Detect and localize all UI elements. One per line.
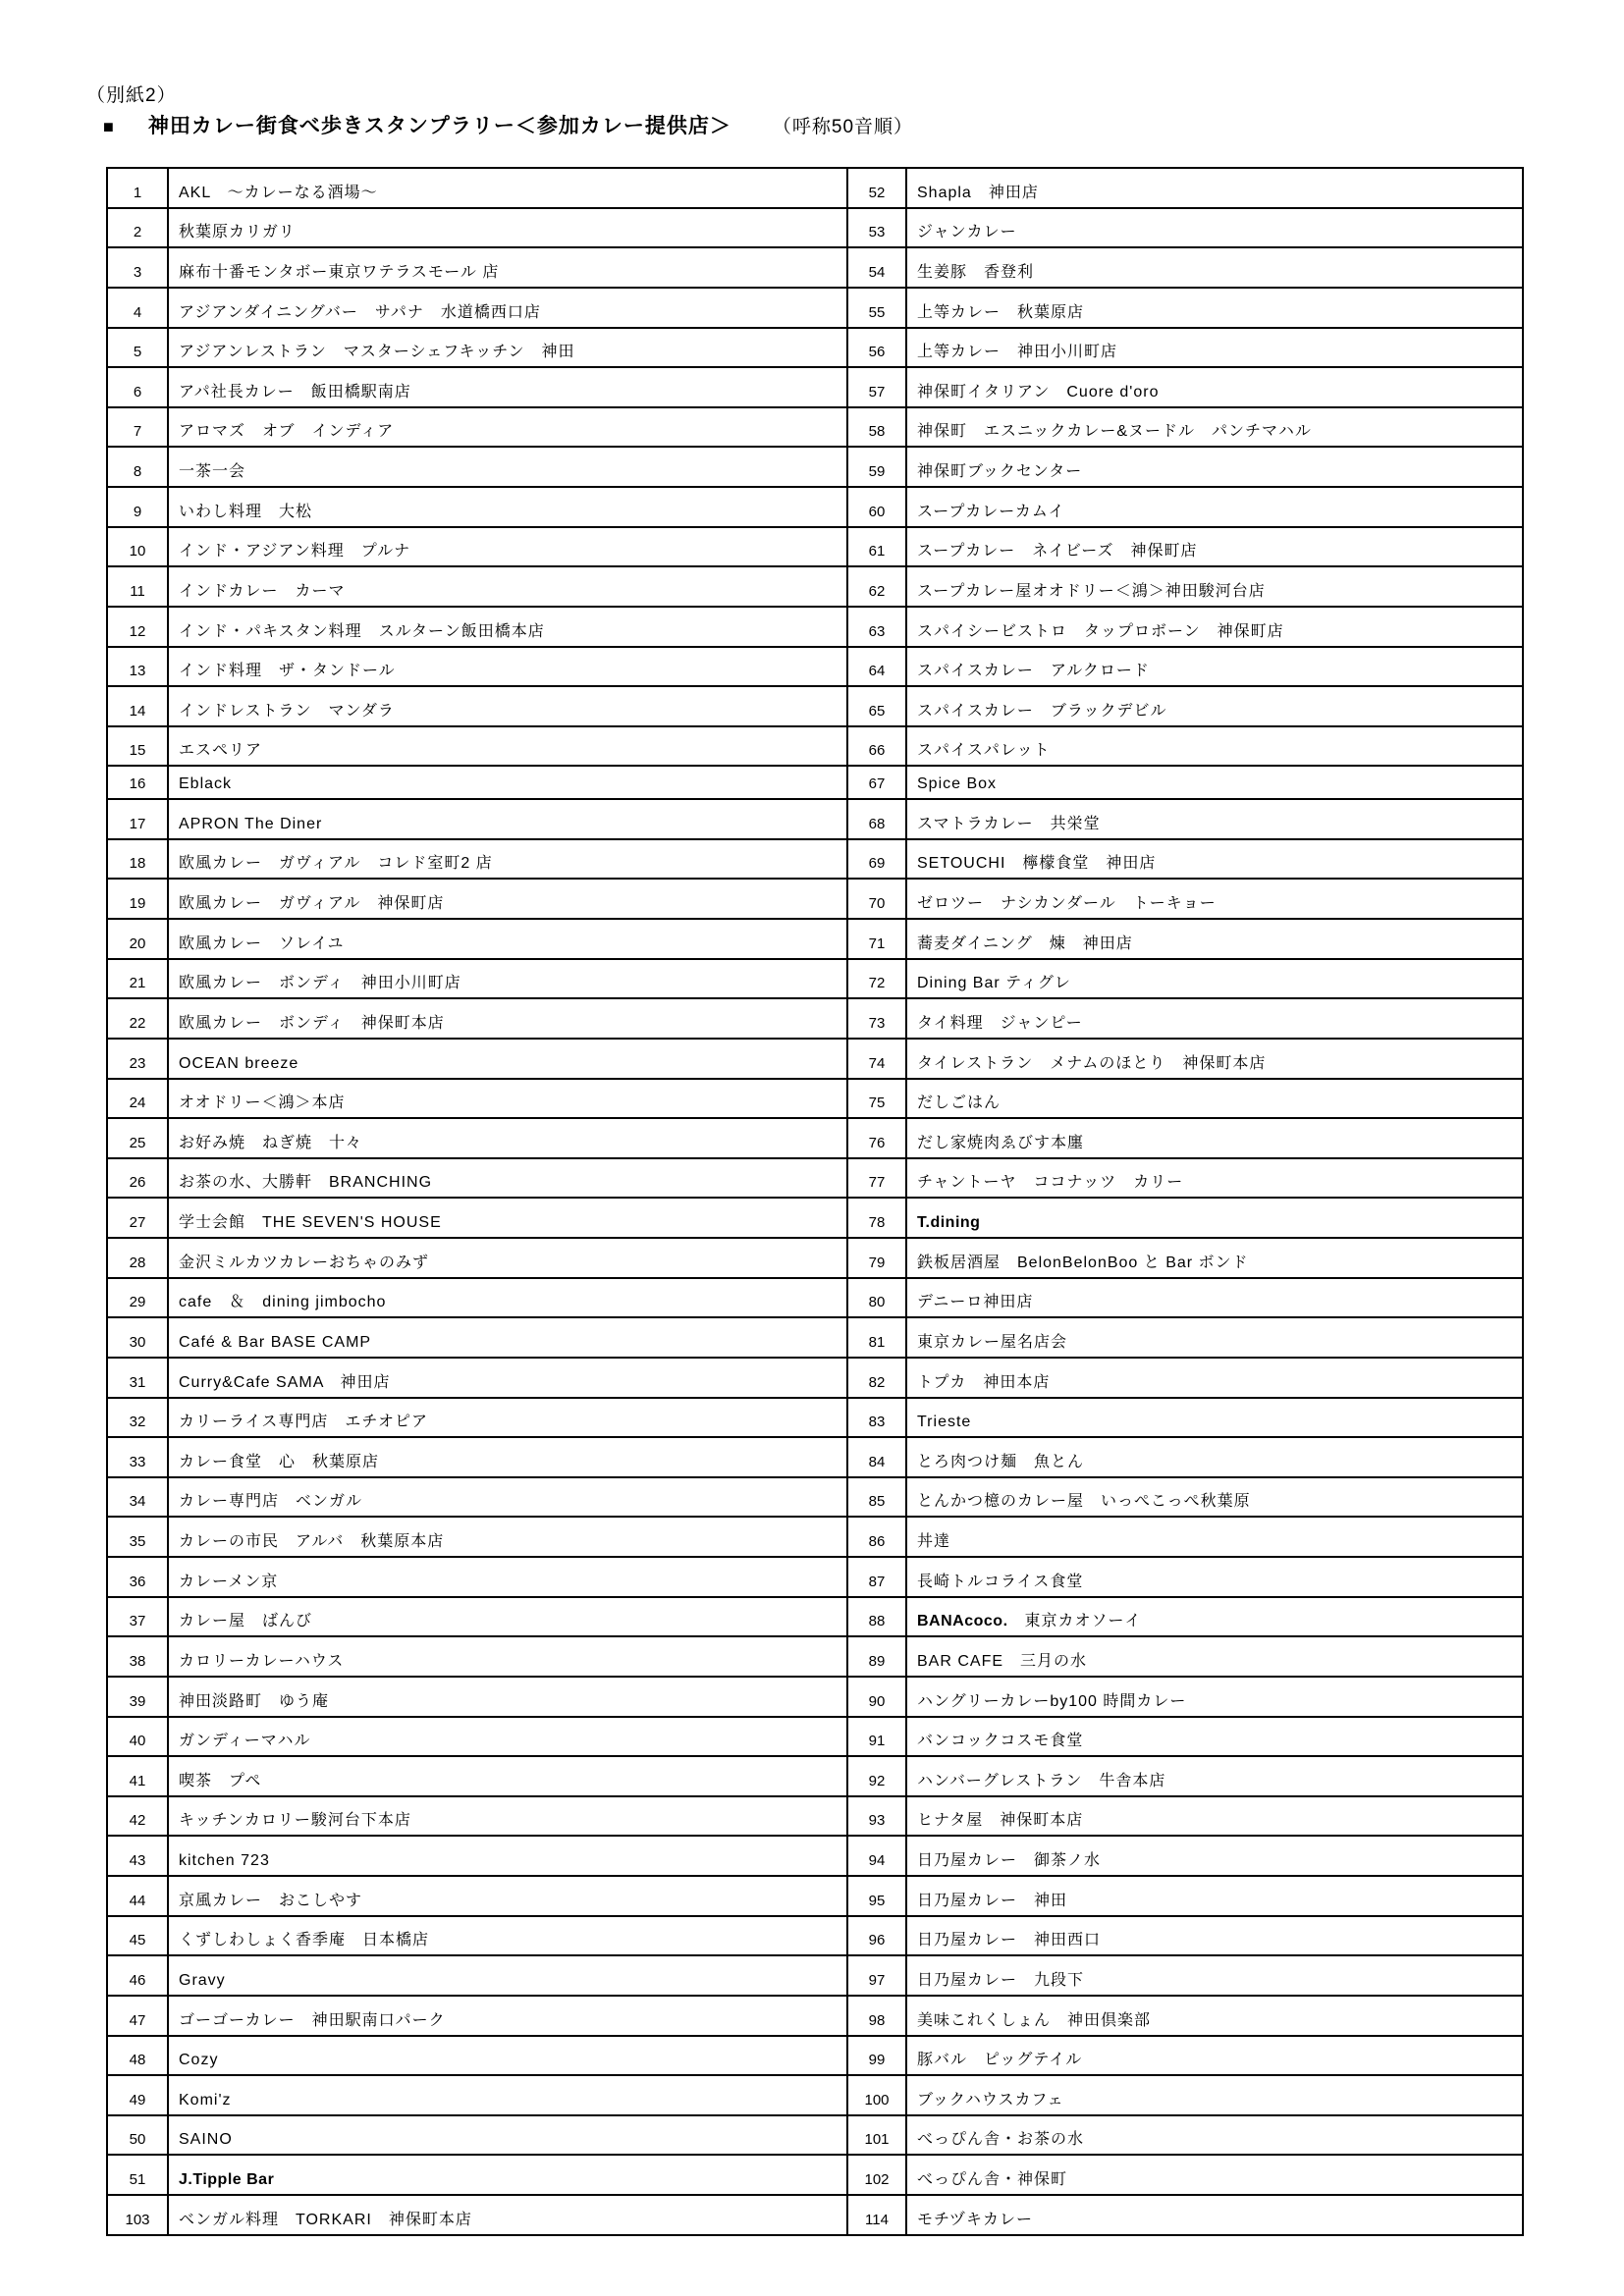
- store-number: 49: [107, 2075, 168, 2115]
- store-number: 41: [107, 1756, 168, 1796]
- store-number: 79: [847, 1238, 906, 1278]
- store-number: 56: [847, 328, 906, 368]
- store-name: ジャンカレー: [906, 208, 1523, 248]
- store-name: ゼロツー ナシカンダール トーキョー: [906, 879, 1523, 919]
- store-number: 83: [847, 1398, 906, 1438]
- store-name: カレー専門店 ベンガル: [168, 1477, 847, 1518]
- table-row: 39神田淡路町 ゆう庵90ハングリーカレーby100 時間カレー: [107, 1677, 1523, 1717]
- store-name: カレーの市民 アルバ 秋葉原本店: [168, 1517, 847, 1557]
- store-number: 4: [107, 288, 168, 328]
- page-title: ■神田カレー街食べ歩きスタンプラリー＜参加カレー提供店＞（呼称50音順）: [103, 110, 913, 139]
- store-number: 26: [107, 1158, 168, 1199]
- store-name: ブックハウスカフェ: [906, 2075, 1523, 2115]
- store-name: デニーロ神田店: [906, 1278, 1523, 1318]
- store-name: 一茶一会: [168, 447, 847, 487]
- table-row: 6アパ社長カレー 飯田橋駅南店57神保町イタリアン Cuore d'oro: [107, 367, 1523, 407]
- store-name: バンコックコスモ食堂: [906, 1717, 1523, 1757]
- store-number: 66: [847, 726, 906, 767]
- store-number: 59: [847, 447, 906, 487]
- store-number: 103: [107, 2195, 168, 2235]
- table-row: 2秋葉原カリガリ53ジャンカレー: [107, 208, 1523, 248]
- store-number: 95: [847, 1876, 906, 1916]
- document-page: （別紙2） ■神田カレー街食べ歩きスタンプラリー＜参加カレー提供店＞（呼称50音…: [0, 0, 1624, 2296]
- attachment-note: （別紙2）: [86, 80, 177, 107]
- table-row: 26お茶の水、大勝軒 BRANCHING77チャントーヤ ココナッツ カリー: [107, 1158, 1523, 1199]
- table-row: 36カレーメン京87長崎トルコライス食堂: [107, 1557, 1523, 1597]
- table-row: 30Café & Bar BASE CAMP81東京カレー屋名店会: [107, 1317, 1523, 1358]
- store-name: 日乃屋カレー 神田西口: [906, 1916, 1523, 1956]
- store-name: 麻布十番モンタボー東京ワテラスモール 店: [168, 247, 847, 288]
- store-number: 11: [107, 566, 168, 607]
- store-number: 25: [107, 1118, 168, 1158]
- table-row: 33カレー食堂 心 秋葉原店84とろ肉つけ麺 魚とん: [107, 1437, 1523, 1477]
- table-row: 25お好み焼 ねぎ焼 十々76だし家焼肉ゑびす本廛: [107, 1118, 1523, 1158]
- store-name: スパイスカレー アルクロード: [906, 647, 1523, 687]
- store-name: べっぴん舎・お茶の水: [906, 2115, 1523, 2156]
- store-number: 89: [847, 1636, 906, 1677]
- table-row: 45くずしわしょく香季庵 日本橋店96日乃屋カレー 神田西口: [107, 1916, 1523, 1956]
- table-row: 10インド・アジアン料理 プルナ61スープカレー ネイビーズ 神保町店: [107, 527, 1523, 567]
- store-name: エスペリア: [168, 726, 847, 767]
- store-name: カレー食堂 心 秋葉原店: [168, 1437, 847, 1477]
- store-number: 7: [107, 407, 168, 448]
- table-row: 44京風カレー おこしやす95日乃屋カレー 神田: [107, 1876, 1523, 1916]
- store-number: 94: [847, 1836, 906, 1876]
- table-row: 8一茶一会59神保町ブックセンター: [107, 447, 1523, 487]
- store-number: 9: [107, 487, 168, 527]
- store-number: 75: [847, 1079, 906, 1119]
- store-name: 上等カレー 神田小川町店: [906, 328, 1523, 368]
- store-table-body: 1AKL ～カレーなる酒場～52Shapla 神田店2秋葉原カリガリ53ジャンカ…: [107, 168, 1523, 2235]
- store-name: タイレストラン メナムのほとり 神保町本店: [906, 1039, 1523, 1079]
- store-name: 京風カレー おこしやす: [168, 1876, 847, 1916]
- store-name: Gravy: [168, 1955, 847, 1996]
- store-name: 上等カレー 秋葉原店: [906, 288, 1523, 328]
- store-name: Shapla 神田店: [906, 168, 1523, 208]
- store-name: 鉄板居酒屋 BelonBelonBoo と Bar ボンド: [906, 1238, 1523, 1278]
- store-name: 金沢ミルカツカレーおちゃのみず: [168, 1238, 847, 1278]
- store-number: 18: [107, 839, 168, 880]
- store-number: 92: [847, 1756, 906, 1796]
- store-name: 東京カレー屋名店会: [906, 1317, 1523, 1358]
- table-row: 29cafe ＆ dining jimbocho80デニーロ神田店: [107, 1278, 1523, 1318]
- store-name: キッチンカロリー駿河台下本店: [168, 1796, 847, 1837]
- table-row: 37カレー屋 ばんび88BANAcoco. 東京カオソーイ: [107, 1597, 1523, 1637]
- store-number: 93: [847, 1796, 906, 1837]
- store-number: 78: [847, 1198, 906, 1238]
- store-name: 蕎麦ダイニング 煉 神田店: [906, 919, 1523, 959]
- table-row: 23OCEAN breeze74タイレストラン メナムのほとり 神保町本店: [107, 1039, 1523, 1079]
- store-name: 欧風カレー ソレイユ: [168, 919, 847, 959]
- store-number: 70: [847, 879, 906, 919]
- curry-store-table: 1AKL ～カレーなる酒場～52Shapla 神田店2秋葉原カリガリ53ジャンカ…: [106, 167, 1524, 2236]
- table-row: 31Curry&Cafe SAMA 神田店82トプカ 神田本店: [107, 1358, 1523, 1398]
- store-number: 38: [107, 1636, 168, 1677]
- store-number: 99: [847, 2036, 906, 2076]
- store-number: 40: [107, 1717, 168, 1757]
- store-number: 1: [107, 168, 168, 208]
- store-number: 73: [847, 998, 906, 1039]
- store-number: 85: [847, 1477, 906, 1518]
- store-name: オオドリー＜鴻＞本店: [168, 1079, 847, 1119]
- store-number: 98: [847, 1996, 906, 2036]
- store-number: 65: [847, 686, 906, 726]
- store-name: カリーライス専門店 エチオピア: [168, 1398, 847, 1438]
- store-number: 67: [847, 766, 906, 799]
- table-row: 24オオドリー＜鴻＞本店75だしごはん: [107, 1079, 1523, 1119]
- store-name: Café & Bar BASE CAMP: [168, 1317, 847, 1358]
- store-number: 20: [107, 919, 168, 959]
- store-name: 日乃屋カレー 九段下: [906, 1955, 1523, 1996]
- table-row: 9いわし料理 大松60スープカレーカムイ: [107, 487, 1523, 527]
- store-name: BAR CAFE 三月の水: [906, 1636, 1523, 1677]
- store-name: Eblack: [168, 766, 847, 799]
- table-row: 103ベンガル料理 TORKARI 神保町本店114モチヅキカレー: [107, 2195, 1523, 2235]
- store-name: APRON The Diner: [168, 799, 847, 839]
- store-number: 101: [847, 2115, 906, 2156]
- table-row: 50SAINO101べっぴん舎・お茶の水: [107, 2115, 1523, 2156]
- store-name: 喫茶 プペ: [168, 1756, 847, 1796]
- store-name: J.Tipple Bar: [168, 2155, 847, 2195]
- table-row: 11インドカレー カーマ62スープカレー屋オオドリー＜鴻＞神田駿河台店: [107, 566, 1523, 607]
- store-name: 丼達: [906, 1517, 1523, 1557]
- store-name: ゴーゴーカレー 神田駅南口パーク: [168, 1996, 847, 2036]
- store-name: 美味これくしょん 神田倶楽部: [906, 1996, 1523, 2036]
- store-name: タイ料理 ジャンピー: [906, 998, 1523, 1039]
- store-name: スパイスパレット: [906, 726, 1523, 767]
- table-row: 7アロマズ オブ インディア58神保町 エスニックカレー&ヌードル パンチマハル: [107, 407, 1523, 448]
- store-number: 102: [847, 2155, 906, 2195]
- table-row: 21欧風カレー ボンディ 神田小川町店72Dining Bar ティグレ: [107, 959, 1523, 999]
- store-number: 53: [847, 208, 906, 248]
- table-row: 40ガンディーマハル91バンコックコスモ食堂: [107, 1717, 1523, 1757]
- store-number: 42: [107, 1796, 168, 1837]
- store-name: くずしわしょく香季庵 日本橋店: [168, 1916, 847, 1956]
- store-number: 19: [107, 879, 168, 919]
- store-name: Spice Box: [906, 766, 1523, 799]
- store-name: ヒナタ屋 神保町本店: [906, 1796, 1523, 1837]
- store-name: べっぴん舎・神保町: [906, 2155, 1523, 2195]
- store-number: 63: [847, 607, 906, 647]
- store-name: アロマズ オブ インディア: [168, 407, 847, 448]
- store-name: アジアンレストラン マスターシェフキッチン 神田: [168, 328, 847, 368]
- store-number: 44: [107, 1876, 168, 1916]
- store-name: cafe ＆ dining jimbocho: [168, 1278, 847, 1318]
- store-number: 45: [107, 1916, 168, 1956]
- store-name: ハンバーグレストラン 牛舎本店: [906, 1756, 1523, 1796]
- store-number: 39: [107, 1677, 168, 1717]
- store-number: 13: [107, 647, 168, 687]
- store-name: 欧風カレー ガヴィアル コレド室町2 店: [168, 839, 847, 880]
- store-name: 欧風カレー ガヴィアル 神保町店: [168, 879, 847, 919]
- table-row: 1AKL ～カレーなる酒場～52Shapla 神田店: [107, 168, 1523, 208]
- store-number: 23: [107, 1039, 168, 1079]
- store-name: カレー屋 ばんび: [168, 1597, 847, 1637]
- store-name: AKL ～カレーなる酒場～: [168, 168, 847, 208]
- store-name: お茶の水、大勝軒 BRANCHING: [168, 1158, 847, 1199]
- store-name: ガンディーマハル: [168, 1717, 847, 1757]
- store-number: 76: [847, 1118, 906, 1158]
- store-name: カロリーカレーハウス: [168, 1636, 847, 1677]
- store-number: 96: [847, 1916, 906, 1956]
- table-row: 38カロリーカレーハウス89BAR CAFE 三月の水: [107, 1636, 1523, 1677]
- table-row: 12インド・パキスタン料理 スルターン飯田橋本店63スパイシービストロ タップロ…: [107, 607, 1523, 647]
- store-number: 28: [107, 1238, 168, 1278]
- table-row: 18欧風カレー ガヴィアル コレド室町2 店69SETOUCHI 檸檬食堂 神田…: [107, 839, 1523, 880]
- table-row: 49Komi'z100ブックハウスカフェ: [107, 2075, 1523, 2115]
- store-number: 21: [107, 959, 168, 999]
- store-name: とんかつ檍のカレー屋 いっぺこっぺ秋葉原: [906, 1477, 1523, 1518]
- store-number: 80: [847, 1278, 906, 1318]
- store-name: 日乃屋カレー 神田: [906, 1876, 1523, 1916]
- store-name: 神田淡路町 ゆう庵: [168, 1677, 847, 1717]
- store-name: とろ肉つけ麺 魚とん: [906, 1437, 1523, 1477]
- store-number: 60: [847, 487, 906, 527]
- store-name: インドレストラン マンダラ: [168, 686, 847, 726]
- store-number: 72: [847, 959, 906, 999]
- store-number: 43: [107, 1836, 168, 1876]
- store-name: Komi'z: [168, 2075, 847, 2115]
- store-name: T.dining: [906, 1198, 1523, 1238]
- store-name: インド・アジアン料理 プルナ: [168, 527, 847, 567]
- store-name: 豚バル ピッグテイル: [906, 2036, 1523, 2076]
- store-name: チャントーヤ ココナッツ カリー: [906, 1158, 1523, 1199]
- store-number: 82: [847, 1358, 906, 1398]
- table-row: 34カレー専門店 ベンガル85とんかつ檍のカレー屋 いっぺこっぺ秋葉原: [107, 1477, 1523, 1518]
- store-number: 52: [847, 168, 906, 208]
- store-name: スープカレーカムイ: [906, 487, 1523, 527]
- store-number: 71: [847, 919, 906, 959]
- store-name: インド・パキスタン料理 スルターン飯田橋本店: [168, 607, 847, 647]
- store-name: トプカ 神田本店: [906, 1358, 1523, 1398]
- store-name: SETOUCHI 檸檬食堂 神田店: [906, 839, 1523, 880]
- store-number: 114: [847, 2195, 906, 2235]
- store-number: 62: [847, 566, 906, 607]
- store-name: ハングリーカレーby100 時間カレー: [906, 1677, 1523, 1717]
- table-row: 48Cozy99豚バル ピッグテイル: [107, 2036, 1523, 2076]
- store-name: 学士会館 THE SEVEN'S HOUSE: [168, 1198, 847, 1238]
- store-number: 100: [847, 2075, 906, 2115]
- table-row: 32カリーライス専門店 エチオピア83Trieste: [107, 1398, 1523, 1438]
- store-number: 48: [107, 2036, 168, 2076]
- store-number: 90: [847, 1677, 906, 1717]
- store-name: Dining Bar ティグレ: [906, 959, 1523, 999]
- store-number: 46: [107, 1955, 168, 1996]
- store-number: 57: [847, 367, 906, 407]
- store-number: 81: [847, 1317, 906, 1358]
- table-row: 47ゴーゴーカレー 神田駅南口パーク98美味これくしょん 神田倶楽部: [107, 1996, 1523, 2036]
- store-name: OCEAN breeze: [168, 1039, 847, 1079]
- store-number: 64: [847, 647, 906, 687]
- store-name: モチヅキカレー: [906, 2195, 1523, 2235]
- store-name: だし家焼肉ゑびす本廛: [906, 1118, 1523, 1158]
- table-row: 3麻布十番モンタボー東京ワテラスモール 店54生姜豚 香登利: [107, 247, 1523, 288]
- store-number: 3: [107, 247, 168, 288]
- store-name: カレーメン京: [168, 1557, 847, 1597]
- table-row: 51J.Tipple Bar102べっぴん舎・神保町: [107, 2155, 1523, 2195]
- store-name: インド料理 ザ・タンドール: [168, 647, 847, 687]
- table-row: 35カレーの市民 アルバ 秋葉原本店86丼達: [107, 1517, 1523, 1557]
- store-number: 16: [107, 766, 168, 799]
- store-number: 47: [107, 1996, 168, 2036]
- store-name: 神保町ブックセンター: [906, 447, 1523, 487]
- store-number: 22: [107, 998, 168, 1039]
- table-row: 41喫茶 プペ92ハンバーグレストラン 牛舎本店: [107, 1756, 1523, 1796]
- store-number: 84: [847, 1437, 906, 1477]
- store-number: 34: [107, 1477, 168, 1518]
- table-row: 13インド料理 ザ・タンドール64スパイスカレー アルクロード: [107, 647, 1523, 687]
- table-row: 4アジアンダイニングバー サパナ 水道橋西口店55上等カレー 秋葉原店: [107, 288, 1523, 328]
- store-number: 32: [107, 1398, 168, 1438]
- table-row: 15エスペリア66スパイスパレット: [107, 726, 1523, 767]
- store-number: 86: [847, 1517, 906, 1557]
- store-name: だしごはん: [906, 1079, 1523, 1119]
- store-name: 秋葉原カリガリ: [168, 208, 847, 248]
- store-number: 55: [847, 288, 906, 328]
- table-row: 27学士会館 THE SEVEN'S HOUSE78T.dining: [107, 1198, 1523, 1238]
- table-row: 46Gravy97日乃屋カレー 九段下: [107, 1955, 1523, 1996]
- table-row: 22欧風カレー ボンディ 神保町本店73タイ料理 ジャンピー: [107, 998, 1523, 1039]
- table-row: 14インドレストラン マンダラ65スパイスカレー ブラックデビル: [107, 686, 1523, 726]
- store-number: 58: [847, 407, 906, 448]
- store-number: 54: [847, 247, 906, 288]
- store-number: 27: [107, 1198, 168, 1238]
- store-number: 51: [107, 2155, 168, 2195]
- table-row: 17APRON The Diner68スマトラカレー 共栄堂: [107, 799, 1523, 839]
- store-name: Trieste: [906, 1398, 1523, 1438]
- store-number: 30: [107, 1317, 168, 1358]
- store-name: アジアンダイニングバー サパナ 水道橋西口店: [168, 288, 847, 328]
- store-number: 6: [107, 367, 168, 407]
- store-name: スパイシービストロ タップロボーン 神保町店: [906, 607, 1523, 647]
- store-number: 69: [847, 839, 906, 880]
- store-name: ベンガル料理 TORKARI 神保町本店: [168, 2195, 847, 2235]
- store-name: Curry&Cafe SAMA 神田店: [168, 1358, 847, 1398]
- store-name: 神保町 エスニックカレー&ヌードル パンチマハル: [906, 407, 1523, 448]
- store-number: 36: [107, 1557, 168, 1597]
- store-name: BANAcoco. 東京カオソーイ: [906, 1597, 1523, 1637]
- square-bullet-icon: ■: [103, 117, 115, 136]
- store-name: 欧風カレー ボンディ 神保町本店: [168, 998, 847, 1039]
- store-number: 61: [847, 527, 906, 567]
- table-row: 42キッチンカロリー駿河台下本店93ヒナタ屋 神保町本店: [107, 1796, 1523, 1837]
- store-name: スパイスカレー ブラックデビル: [906, 686, 1523, 726]
- table-row: 19欧風カレー ガヴィアル 神保町店70ゼロツー ナシカンダール トーキョー: [107, 879, 1523, 919]
- store-number: 87: [847, 1557, 906, 1597]
- store-number: 97: [847, 1955, 906, 1996]
- table-row: 43kitchen 72394日乃屋カレー 御茶ノ水: [107, 1836, 1523, 1876]
- store-name: 日乃屋カレー 御茶ノ水: [906, 1836, 1523, 1876]
- store-name: Cozy: [168, 2036, 847, 2076]
- table-row: 5アジアンレストラン マスターシェフキッチン 神田56上等カレー 神田小川町店: [107, 328, 1523, 368]
- store-number: 50: [107, 2115, 168, 2156]
- store-number: 10: [107, 527, 168, 567]
- store-number: 33: [107, 1437, 168, 1477]
- store-name: いわし料理 大松: [168, 487, 847, 527]
- store-number: 88: [847, 1597, 906, 1637]
- store-name: kitchen 723: [168, 1836, 847, 1876]
- store-name: スマトラカレー 共栄堂: [906, 799, 1523, 839]
- table-row: 20欧風カレー ソレイユ71蕎麦ダイニング 煉 神田店: [107, 919, 1523, 959]
- store-name: 生姜豚 香登利: [906, 247, 1523, 288]
- store-name: SAINO: [168, 2115, 847, 2156]
- store-number: 17: [107, 799, 168, 839]
- store-number: 8: [107, 447, 168, 487]
- table-row: 16Eblack67Spice Box: [107, 766, 1523, 799]
- store-number: 35: [107, 1517, 168, 1557]
- store-number: 15: [107, 726, 168, 767]
- store-number: 5: [107, 328, 168, 368]
- store-number: 24: [107, 1079, 168, 1119]
- store-number: 77: [847, 1158, 906, 1199]
- store-number: 37: [107, 1597, 168, 1637]
- store-name: スープカレー屋オオドリー＜鴻＞神田駿河台店: [906, 566, 1523, 607]
- store-number: 74: [847, 1039, 906, 1079]
- page-title-suffix: （呼称50音順）: [773, 117, 913, 137]
- store-name: 神保町イタリアン Cuore d'oro: [906, 367, 1523, 407]
- store-name: アパ社長カレー 飯田橋駅南店: [168, 367, 847, 407]
- store-number: 12: [107, 607, 168, 647]
- store-number: 68: [847, 799, 906, 839]
- page-title-text: 神田カレー街食べ歩きスタンプラリー＜参加カレー提供店＞: [148, 115, 731, 137]
- store-number: 2: [107, 208, 168, 248]
- store-number: 14: [107, 686, 168, 726]
- store-number: 91: [847, 1717, 906, 1757]
- store-number: 29: [107, 1278, 168, 1318]
- table-row: 28金沢ミルカツカレーおちゃのみず79鉄板居酒屋 BelonBelonBoo と…: [107, 1238, 1523, 1278]
- store-name: お好み焼 ねぎ焼 十々: [168, 1118, 847, 1158]
- store-number: 31: [107, 1358, 168, 1398]
- store-name: 欧風カレー ボンディ 神田小川町店: [168, 959, 847, 999]
- store-name: スープカレー ネイビーズ 神保町店: [906, 527, 1523, 567]
- store-name: 長崎トルコライス食堂: [906, 1557, 1523, 1597]
- store-name: インドカレー カーマ: [168, 566, 847, 607]
